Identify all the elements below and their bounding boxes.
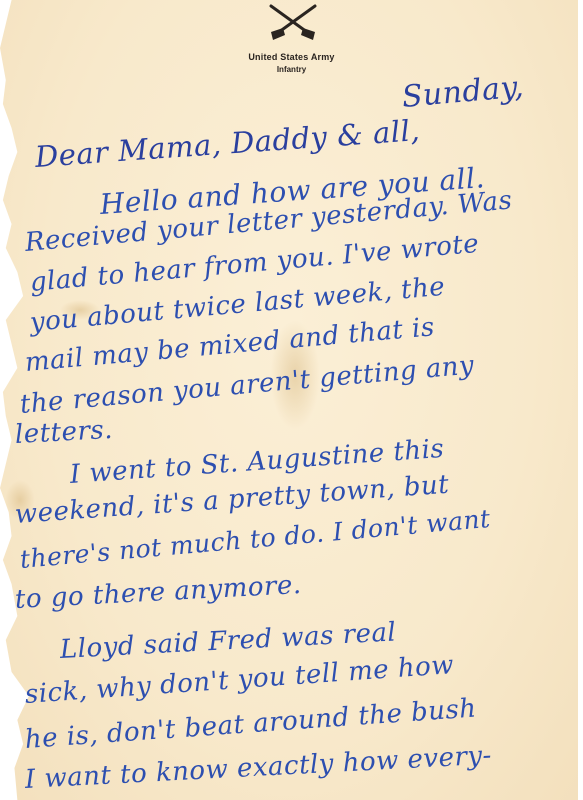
crossed-rifles-icon [265, 2, 321, 42]
body-line: letters. [14, 415, 113, 450]
letterhead-title: United States Army [0, 52, 583, 62]
